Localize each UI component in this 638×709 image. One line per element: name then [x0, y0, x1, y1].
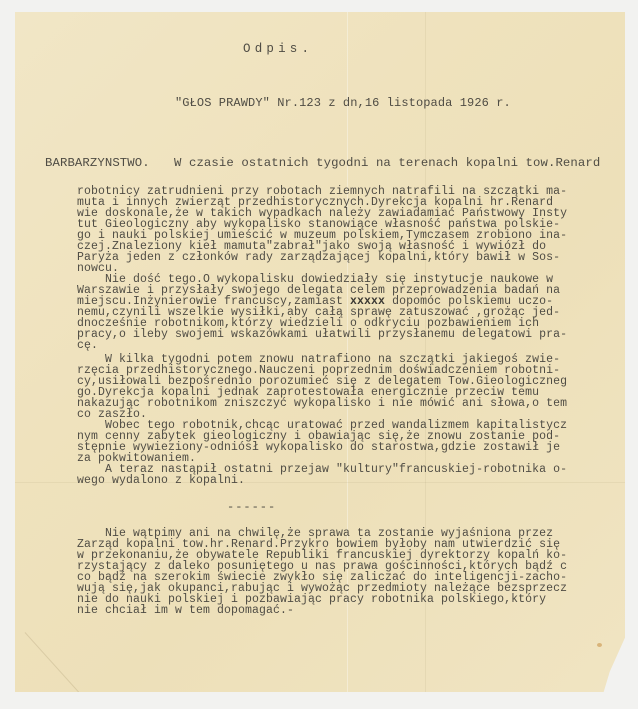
- lead-word: BARBARZYNSTWO.: [45, 158, 150, 169]
- paper-stain: [597, 643, 602, 647]
- text-line: nakazując robotnikom zniszczyć wykopalis…: [77, 398, 567, 409]
- lead-sentence: W czasie ostatnich tygodni na terenach k…: [174, 158, 600, 169]
- newspaper-header: "GŁOS PRAWDY" Nr.123 z dn,16 listopada 1…: [175, 98, 511, 109]
- paper-crease: [25, 632, 86, 700]
- document-title: Odpis.: [243, 44, 313, 55]
- text-line: cę.: [77, 340, 98, 351]
- text-line: pracy,o ileby swojemi wskazówkami ułatwi…: [77, 329, 567, 340]
- section-separator: ------: [227, 502, 276, 513]
- text-line: wego wydalono z kopalni.: [77, 475, 245, 486]
- text-line: Paryża jeden z członków rady zarządzając…: [77, 252, 560, 263]
- typewritten-page: Odpis. "GŁOS PRAWDY" Nr.123 z dn,16 list…: [15, 12, 625, 692]
- text-line: nie chciał im w tem dopomagać.-: [77, 605, 294, 616]
